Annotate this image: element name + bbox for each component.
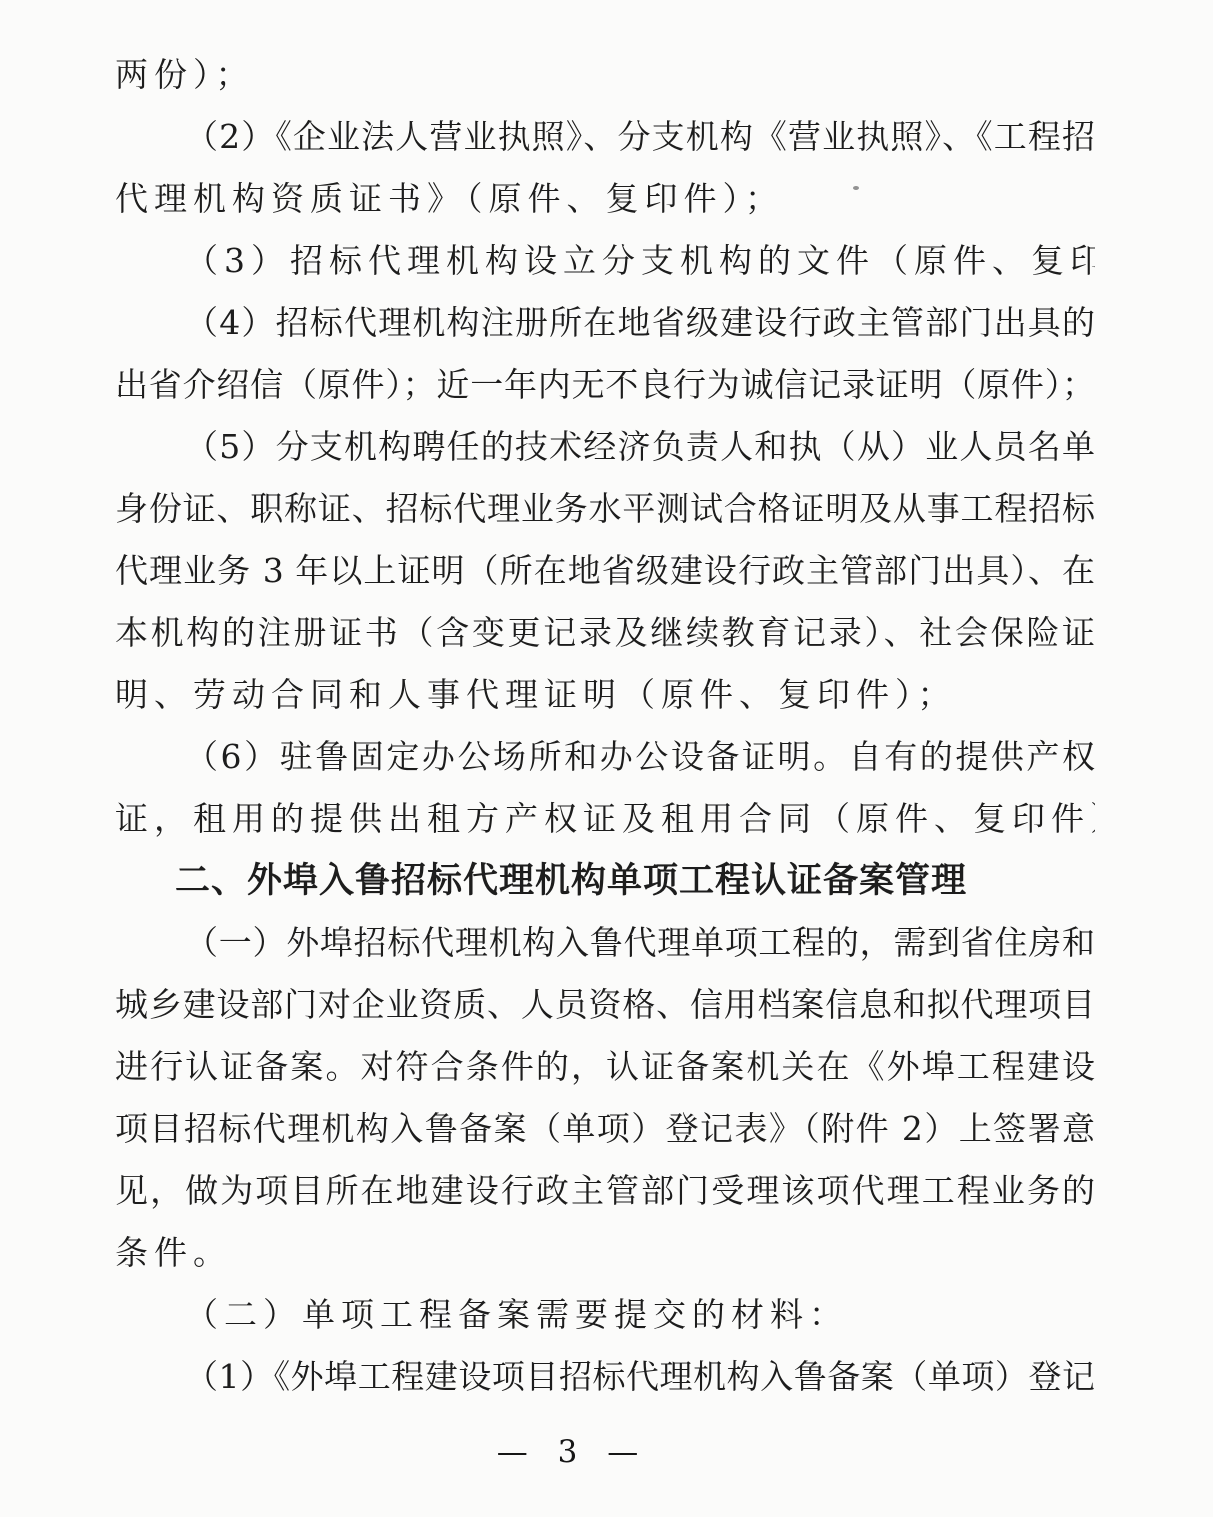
text-line: （5）分支机构聘任的技术经济负责人和执（从）业人员名单及 — [115, 416, 1095, 478]
text-line: （一）外埠招标代理机构入鲁代理单项工程的，需到省住房和 — [115, 912, 1095, 974]
page-number: — 3 — — [0, 1434, 1145, 1470]
document-page: 两份）；（2）《企业法人营业执照》、分支机构《营业执照》、《工程招标代理机构资质… — [0, 0, 1213, 1517]
text-line: 见，做为项目所在地建设行政主管部门受理该项代理工程业务的 — [115, 1160, 1095, 1222]
text-line: （3）招标代理机构设立分支机构的文件（原件、复印件）； — [115, 230, 1095, 292]
section-heading: 二、外埠入鲁招标代理机构单项工程认证备案管理 — [115, 850, 1095, 912]
text-line: 城乡建设部门对企业资质、人员资格、信用档案信息和拟代理项目 — [115, 974, 1095, 1036]
text-line: 出省介绍信（原件）；近一年内无不良行为诚信记录证明（原件）； — [115, 354, 1095, 416]
text-line: 条件。 — [115, 1222, 1095, 1284]
text-line: 证，租用的提供出租方产权证及租用合同（原件、复印件）。 — [115, 788, 1095, 850]
text-line: （4）招标代理机构注册所在地省级建设行政主管部门出具的 — [115, 292, 1095, 354]
text-line: （2）《企业法人营业执照》、分支机构《营业执照》、《工程招标 — [115, 106, 1095, 168]
text-line: 进行认证备案。对符合条件的，认证备案机关在《外埠工程建设 — [115, 1036, 1095, 1098]
text-line: 两份）； — [115, 44, 1095, 106]
text-line: 本机构的注册证书（含变更记录及继续教育记录）、社会保险证 — [115, 602, 1095, 664]
text-line: 代理机构资质证书》（原件、复印件）； — [115, 168, 1095, 230]
text-line: （6）驻鲁固定办公场所和办公设备证明。自有的提供产权 — [115, 726, 1095, 788]
text-line: 明、劳动合同和人事代理证明（原件、复印件）； — [115, 664, 1095, 726]
text-line: 代理业务 3 年以上证明（所在地省级建设行政主管部门出具）、在 — [115, 540, 1095, 602]
text-line: （1）《外埠工程建设项目招标代理机构入鲁备案（单项）登记 — [115, 1346, 1095, 1408]
document-body: 两份）；（2）《企业法人营业执照》、分支机构《营业执照》、《工程招标代理机构资质… — [115, 44, 1095, 1408]
text-line: 项目招标代理机构入鲁备案（单项）登记表》（附件 2）上签署意 — [115, 1098, 1095, 1160]
scan-artifact-dot — [853, 186, 859, 190]
text-line: （二）单项工程备案需要提交的材料： — [115, 1284, 1095, 1346]
text-line: 身份证、职称证、招标代理业务水平测试合格证明及从事工程招标 — [115, 478, 1095, 540]
